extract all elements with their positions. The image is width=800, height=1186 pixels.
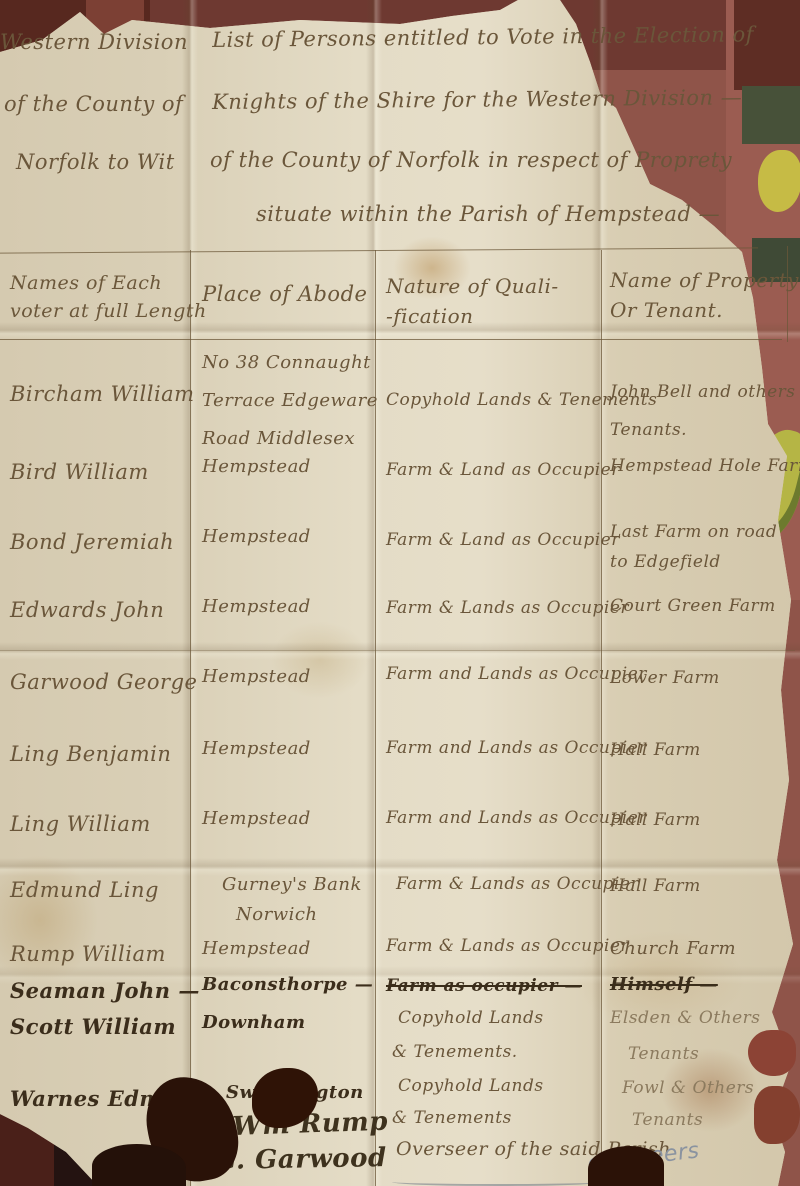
voter-abode: Hempstead — [202, 666, 311, 687]
voter-abode: Hempstead — [202, 596, 311, 617]
voter-abode: Gurney's Bank — [222, 874, 362, 895]
voter-name: Garwood George — [10, 670, 197, 694]
title-line: Knights of the Shire for the Western Div… — [212, 85, 742, 114]
voter-abode: Baconsthorpe — — [202, 974, 373, 995]
voter-property: Hall Farm — [610, 876, 701, 896]
voter-abode: Road Middlesex — [202, 428, 355, 449]
paper-hole — [588, 1146, 664, 1186]
voter-name: Ling William — [10, 812, 151, 836]
voter-property: Tenants — [632, 1110, 703, 1130]
voter-qualification: Farm and Lands as Occupier — [386, 808, 647, 828]
voter-qualification: Farm & Lands as Occupier — [396, 874, 639, 894]
pencil-squiggle — [392, 1178, 602, 1186]
voter-name: Ling Benjamin — [10, 742, 171, 766]
column-header-property: Name of Property — [610, 268, 799, 292]
voter-qualification: Copyhold Lands — [398, 1076, 544, 1096]
voter-property: Fowl & Others — [622, 1078, 754, 1098]
voter-property: Lower Farm — [610, 668, 720, 688]
column-header-qualification: -fication — [386, 304, 474, 328]
column-header-names: voter at full Length — [10, 300, 207, 322]
voter-qualification: Farm & Land as Occupier — [386, 530, 620, 550]
voter-name: Seaman John — — [10, 978, 200, 1003]
voter-abode: Terrace Edgeware — [202, 390, 378, 411]
voter-property: Hempstead Hole Farm — [610, 456, 800, 476]
column-header-abode: Place of Abode — [202, 282, 367, 306]
voter-property: to Edgefield — [610, 552, 721, 572]
voter-abode: No 38 Connaught — [202, 352, 371, 373]
leaf-icon — [758, 150, 800, 212]
green-patch — [742, 86, 800, 144]
voter-abode: Downham — [202, 1012, 306, 1033]
voter-property: John Bell and others — [610, 382, 795, 402]
voter-abode: Norwich — [236, 904, 318, 925]
marginalia-line: Norfolk to Wit — [16, 150, 175, 174]
voter-property: Elsden & Others — [610, 1008, 761, 1028]
voter-qualification: Copyhold Lands — [398, 1008, 544, 1028]
column-header-names: Names of Each — [10, 272, 162, 294]
voter-qualification: Farm and Lands as Occupier — [386, 738, 647, 758]
title-line: of the County of Norfolk in respect of P… — [210, 148, 732, 172]
voter-name: Scott William — [10, 1014, 176, 1039]
voter-abode: Hempstead — [202, 738, 311, 759]
voter-property: Tenants — [628, 1044, 699, 1064]
voter-abode: Hempstead — [202, 456, 311, 477]
voter-property: Church Farm — [610, 938, 736, 959]
photo-of-document: Western Division of the County of Norfol… — [0, 0, 800, 1186]
voter-qualification: Farm and Lands as Occupier — [386, 664, 647, 684]
voter-qualification: & Tenements — [392, 1108, 512, 1128]
marginalia-line: of the County of — [4, 92, 183, 116]
title-line: situate within the Parish of Hempstead — — [256, 202, 720, 226]
voter-name: Edwards John — [10, 598, 164, 622]
table-rule-middle — [0, 650, 795, 651]
voter-qualification-struck: Farm as occupier — — [386, 976, 582, 996]
voter-name: Bond Jeremiah — [10, 530, 174, 554]
voter-qualification: Farm & Land as Occupier — [386, 460, 620, 480]
voter-name: Edmund Ling — [10, 878, 159, 902]
voter-name: Bird William — [10, 460, 149, 484]
column-header-qualification: Nature of Quali- — [386, 274, 559, 298]
voter-property: Tenants. — [610, 420, 687, 440]
voter-property: Court Green Farm — [610, 596, 776, 616]
signature: G. Garwood — [214, 1143, 387, 1176]
voter-name: Rump William — [10, 942, 166, 966]
voter-abode: Hempstead — [202, 938, 311, 959]
torn-edge-spot — [748, 1030, 796, 1076]
table-rule-right — [787, 246, 788, 342]
column-header-property: Or Tenant. — [610, 298, 723, 322]
voter-name: Bircham William — [10, 382, 195, 406]
voter-qualification: & Tenements. — [392, 1042, 518, 1062]
voter-abode: Hempstead — [202, 526, 311, 547]
voter-property: Last Farm on road — [610, 522, 777, 542]
voter-property: Hall Farm — [610, 740, 701, 760]
marginalia-line: Western Division — [0, 30, 188, 54]
voter-abode: Hempstead — [202, 808, 311, 829]
paper-hole — [92, 1144, 186, 1186]
voter-qualification: Farm & Lands as Occupier — [386, 936, 629, 956]
torn-edge-spot — [754, 1086, 800, 1144]
table-rule-header-bottom — [0, 339, 782, 340]
voter-qualification: Farm & Lands as Occupier — [386, 598, 629, 618]
voter-property-struck: Himself — — [610, 974, 718, 995]
voter-property: Hall Farm — [610, 810, 701, 830]
